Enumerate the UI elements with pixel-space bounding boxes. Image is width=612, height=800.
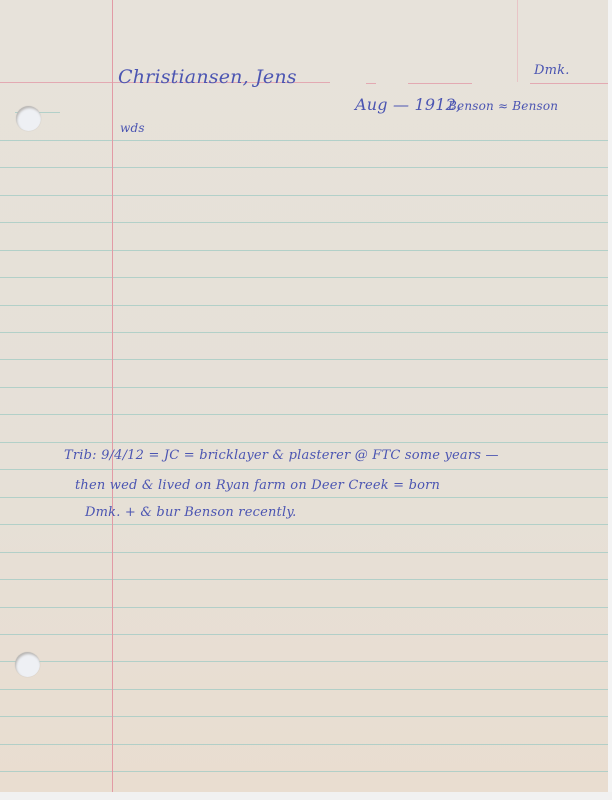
rule-line <box>0 716 608 717</box>
rule-line <box>0 222 608 223</box>
origin-note: Dmk. <box>534 63 570 78</box>
hole-punch-bottom <box>15 652 40 677</box>
rule-line <box>0 442 608 443</box>
rule-line <box>0 497 608 498</box>
rule-line <box>0 167 608 168</box>
rule-line <box>0 140 608 141</box>
date-note: Aug — 1912, <box>355 95 461 114</box>
rule-line <box>0 250 608 251</box>
person-name: Christiansen, Jens <box>118 66 297 88</box>
hole-punch-top <box>16 106 41 131</box>
ruled-paper-sheet: Christiansen, Jens wds Aug — 1912, Benso… <box>0 0 608 792</box>
rule-line <box>0 414 608 415</box>
rule-line <box>0 771 608 772</box>
rule-line <box>0 744 608 745</box>
rule-line <box>0 607 608 608</box>
subtitle-note: wds <box>120 121 145 135</box>
body-line-2: then wed & lived on Ryan farm on Deer Cr… <box>75 478 440 493</box>
rule-line <box>0 634 608 635</box>
rule-line <box>0 524 608 525</box>
body-line-1: Trib: 9/4/12 = JC = bricklayer & plaster… <box>64 448 499 463</box>
place-note: Benson ≈ Benson <box>448 99 558 113</box>
rule-line <box>0 305 608 306</box>
header-rule-right <box>530 83 608 84</box>
scan-border-right <box>608 0 612 800</box>
rule-line <box>0 579 608 580</box>
rule-line <box>0 469 608 470</box>
rule-line <box>0 387 608 388</box>
body-line-3: Dmk. + & bur Benson recently. <box>85 505 296 520</box>
header-vertical-rule <box>517 0 518 82</box>
rule-line <box>0 277 608 278</box>
rule-line <box>0 661 608 662</box>
rule-line <box>0 359 608 360</box>
rule-line <box>0 689 608 690</box>
header-rule-segment <box>408 83 472 84</box>
rule-line <box>0 195 608 196</box>
header-rule-segment <box>366 83 376 84</box>
rule-line <box>0 332 608 333</box>
margin-line <box>112 0 113 792</box>
scan-border-bottom <box>0 792 612 800</box>
rule-line <box>0 552 608 553</box>
